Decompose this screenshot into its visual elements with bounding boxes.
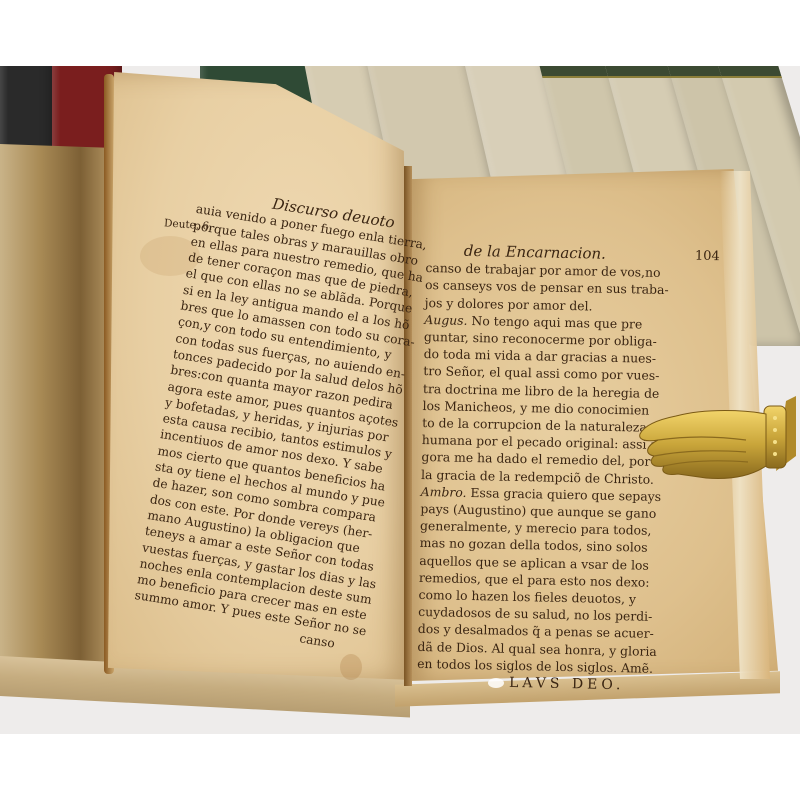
line-text: jos y dolores por amor del. — [425, 295, 593, 314]
page-block-left — [0, 144, 115, 698]
folio-number: 104 — [695, 248, 720, 266]
speaker-label: Augus. — [424, 312, 467, 328]
brass-hand-icon — [636, 396, 796, 486]
speaker-label: Ambro. — [421, 484, 467, 500]
open-book: Deute. 6. Discurso deuoto auia venido a … — [0, 66, 800, 734]
line-text: en todos los siglos de los siglos. Amẽ. — [417, 656, 653, 676]
foxing-stain — [340, 654, 362, 680]
book-photograph: Deute. 6. Discurso deuoto auia venido a … — [0, 66, 800, 734]
